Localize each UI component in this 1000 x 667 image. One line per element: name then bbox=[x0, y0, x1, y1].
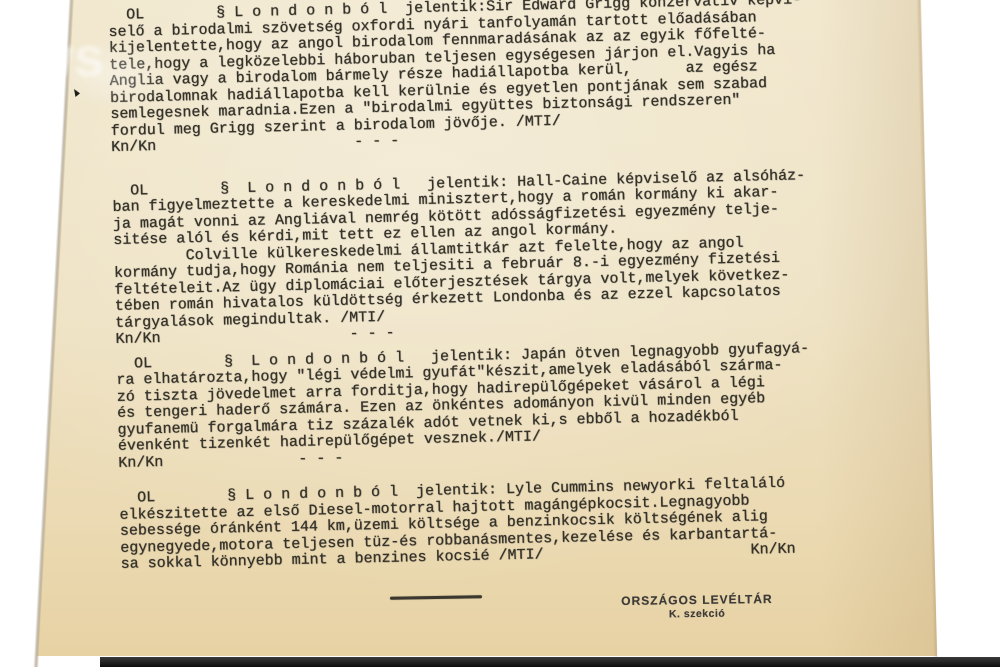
news-item-4: OL § L o n d o n b ó l jelentik: Lyle Cu… bbox=[119, 474, 881, 574]
news-item-3: OL § L o n d o n b ó l jelentik: Japán ö… bbox=[116, 339, 878, 472]
stamp-line-2: K. szekció bbox=[612, 607, 782, 621]
archive-stamp: ORSZÁGOS LEVÉLTÁR K. szekció bbox=[612, 592, 782, 621]
news-item-1: OL § L o n d o n b ó l jelentik:Sir Edwa… bbox=[108, 0, 871, 156]
news-item-2: OL § L o n d o n b ó l jelentik: Hall-Ca… bbox=[112, 166, 876, 348]
stamp-line-1: ORSZÁGOS LEVÉLTÁR bbox=[612, 592, 782, 608]
typed-text-block: OL § L o n d o n b ó l jelentik:Sir Edwa… bbox=[108, 0, 881, 573]
scan-edge bbox=[100, 657, 1000, 667]
